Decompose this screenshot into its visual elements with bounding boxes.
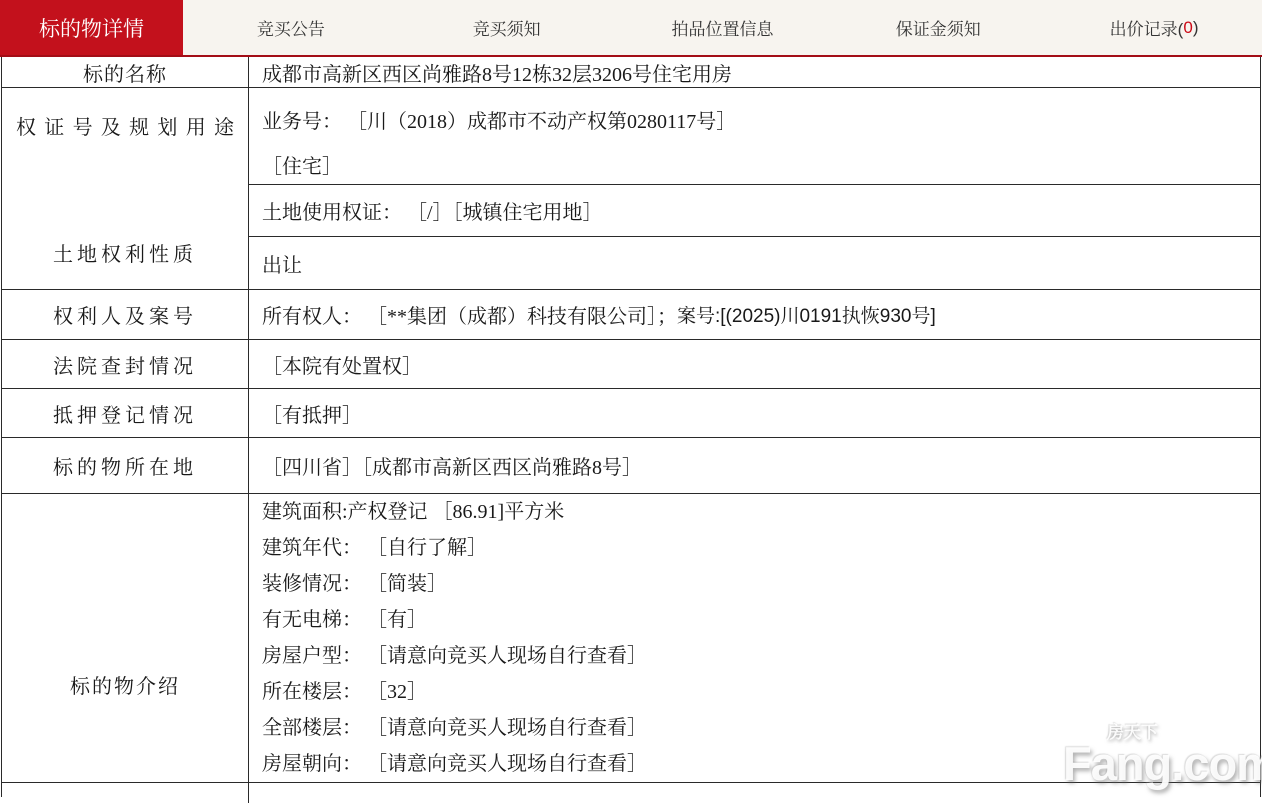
intro-line-building-year: 建筑年代： ［自行了解］ (262, 530, 1260, 566)
court-seizure-value: ［本院有处置权］ (262, 350, 422, 379)
row-label-mortgage: 抵押登记情况 (2, 389, 249, 438)
row-label-introduction: 标的物介绍 (2, 494, 249, 783)
tab-bidding-notice-label: 竞买须知 (473, 15, 541, 40)
row-value-introduction: 建筑面积:产权登记 ［86.91]平方米 建筑年代： ［自行了解］ 装修情况： … (249, 494, 1260, 783)
subject-detail-table: 标的名称 成都市高新区西区尚雅路8号12栋32层3206号住宅用房 权证号及规划… (1, 57, 1261, 797)
row-label-subject-name: 标的名称 (2, 57, 249, 88)
tab-item-location-info-label: 拍品位置信息 (671, 15, 773, 40)
intro-line-building-area: 建筑面积:产权登记 ［86.91]平方米 (262, 494, 1260, 530)
row-label-location: 标的物所在地 (2, 438, 249, 494)
land-cert-value: 土地使用权证： ［/］［城镇住宅用地］ (262, 196, 603, 225)
row-value-cert-planning: 业务号： ［川（2018）成都市不动产权第0280117号］ ［住宅］ (249, 88, 1260, 185)
row-value-transfer-type: 出让 (249, 237, 1260, 290)
land-right-label: 土地权利性质 (2, 245, 248, 265)
tab-bidding-notice[interactable]: 竞买须知 (399, 0, 615, 55)
tab-bid-records-label: 出价记录( (1110, 15, 1184, 40)
row-label-owner-case: 权利人及案号 (2, 290, 249, 340)
row-label-cert-and-land-right: 权证号及规划用途 土地权利性质 (2, 88, 249, 290)
row-value-mortgage: ［有抵押］ (249, 389, 1260, 438)
tab-bar: 标的物详情 竞买公告 竞买须知 拍品位置信息 保证金须知 出价记录(0) (0, 0, 1262, 57)
mortgage-value: ［有抵押］ (262, 399, 362, 428)
location-label: 标的物所在地 (53, 451, 197, 480)
planning-use-line: ［住宅］ (262, 145, 1260, 190)
row-value-land-cert: 土地使用权证： ［/］［城镇住宅用地］ (249, 185, 1260, 237)
tab-bid-records[interactable]: 出价记录(0) (1046, 0, 1262, 55)
row-value-location: ［四川省］［成都市高新区西区尚雅路8号］ (249, 438, 1260, 494)
business-number-line: 业务号： ［川（2018）成都市不动产权第0280117号］ (262, 100, 1260, 145)
transfer-type-value: 出让 (262, 249, 302, 278)
tab-deposit-notice-label: 保证金须知 (896, 15, 981, 40)
owner-value: 所有权人： ［**集团（成都）科技有限公司］； (262, 300, 677, 329)
location-value: ［四川省］［成都市高新区西区尚雅路8号］ (262, 451, 642, 480)
row-value-owner-case: 所有权人： ［**集团（成都）科技有限公司］；案号:[(2025)川0191执恢… (249, 290, 1260, 340)
tab-item-location-info[interactable]: 拍品位置信息 (615, 0, 831, 55)
subject-name-value: 成都市高新区西区尚雅路8号12栋32层3206号住宅用房 (262, 58, 732, 87)
row-label-court-seizure: 法院查封情况 (2, 340, 249, 389)
owner-case-label: 权利人及案号 (53, 300, 197, 329)
tab-bid-records-label-suffix: ) (1193, 18, 1199, 38)
intro-line-layout: 房屋户型： ［请意向竞买人现场自行查看］ (262, 638, 1260, 674)
intro-line-orientation: 房屋朝向： ［请意向竞买人现场自行查看］ (262, 746, 1260, 782)
row-label-empty (2, 783, 249, 797)
introduction-label: 标的物介绍 (2, 677, 248, 697)
cert-planning-label: 权证号及规划用途 (2, 118, 248, 138)
case-number-value: 案号:[(2025)川0191执恢930号] (677, 301, 936, 328)
intro-line-decoration: 装修情况： ［简装］ (262, 566, 1260, 602)
court-seizure-label: 法院查封情况 (53, 350, 197, 379)
tab-auction-announcement-label: 竞买公告 (257, 15, 325, 40)
tab-auction-announcement[interactable]: 竞买公告 (183, 0, 399, 55)
row-value-subject-name: 成都市高新区西区尚雅路8号12栋32层3206号住宅用房 (249, 57, 1260, 88)
tab-deposit-notice[interactable]: 保证金须知 (830, 0, 1046, 55)
bid-records-count: 0 (1183, 18, 1192, 38)
mortgage-label: 抵押登记情况 (53, 399, 197, 428)
intro-line-elevator: 有无电梯： ［有］ (262, 602, 1260, 638)
row-value-court-seizure: ［本院有处置权］ (249, 340, 1260, 389)
tab-subject-details[interactable]: 标的物详情 (0, 0, 183, 55)
intro-line-floor: 所在楼层： ［32］ (262, 674, 1260, 710)
tab-subject-details-label: 标的物详情 (39, 13, 144, 43)
row-value-empty (249, 783, 1260, 797)
subject-name-label: 标的名称 (83, 58, 167, 87)
intro-line-total-floors: 全部楼层： ［请意向竞买人现场自行查看］ (262, 710, 1260, 746)
